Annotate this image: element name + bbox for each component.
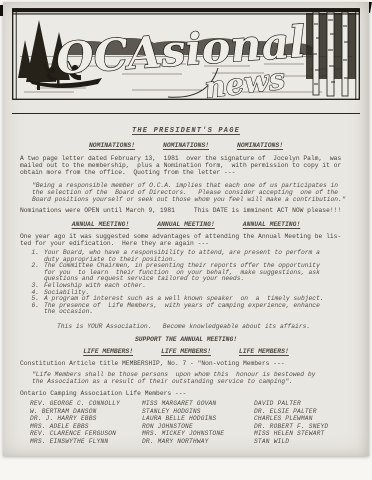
masthead-divider <box>12 113 360 114</box>
nominations-deadline-line: Nominations were OPEN until March 9, 198… <box>20 207 355 214</box>
life-members-name-table: REV. GEORGE C. CONNOLLY W. BERTRAM DANSO… <box>30 400 369 446</box>
list-item: 6. The presence of Life Members, with ye… <box>27 303 353 316</box>
list-item-text: The Committee Chairmen, in presenting th… <box>44 263 320 283</box>
banner-word: ANNUAL MEETING! <box>243 221 301 228</box>
life-member-name: STANLEY HODGINS <box>142 408 254 416</box>
banner-word: ANNUAL MEETING! <box>72 221 130 228</box>
life-member-name: DR. J. HARRY EBBS <box>30 415 142 423</box>
masthead: OCAsional news <box>12 8 360 100</box>
constitution-article-line: Constitution Article title MEMBERSHIP, N… <box>20 360 355 367</box>
life-members-column-3: DAVID PALTER DR. ELSIE PALTER CHARLES PL… <box>254 400 366 446</box>
life-member-name: DR. MARY NORTHWAY <box>142 438 254 446</box>
life-members-column-2: MISS MARGARET GOVAN STANLEY HODGINS LAUR… <box>142 400 254 446</box>
scanned-newsletter-page: { "masthead": { "title": "OCAsional", "s… <box>0 0 372 480</box>
list-item-number: 6. <box>27 303 44 316</box>
your-association-line: This is YOUR Association. Become knowled… <box>57 323 353 330</box>
section-heading-presidents-page: THE PRESIDENT'S PAGE <box>3 127 369 135</box>
life-member-name: DAVID PALTER <box>254 400 366 408</box>
list-item: 2. The Committee Chairmen, in presenting… <box>27 263 353 283</box>
banner-word: LIFE MEMBERS! <box>161 348 211 355</box>
annual-meeting-banner: ANNUAL MEETING! ANNUAL MEETING! ANNUAL M… <box>3 221 369 228</box>
life-member-name: MRS. ADELE EBBS <box>30 423 142 431</box>
banner-word: ANNUAL MEETING! <box>157 221 215 228</box>
life-member-name: MISS MARGARET GOVAN <box>142 400 254 408</box>
life-members-quote: "Life Members shall be those persons upo… <box>32 371 353 385</box>
nominations-intro-paragraph: A two page letter dated February 13, 198… <box>20 155 355 176</box>
list-item-text: The presence of Life Members, with years… <box>44 303 320 316</box>
banner-word: LIFE MEMBERS! <box>83 348 133 355</box>
masthead-lake-illustration: OCAsional news <box>12 8 360 100</box>
banner-word: NOMINATIONS! <box>163 142 209 149</box>
life-member-name: DR. ROBERT F. SNEYD <box>254 423 366 431</box>
life-member-name: REV. GEORGE C. CONNOLLY <box>30 400 142 408</box>
life-member-name: CHARLES PLEWMAN <box>254 415 366 423</box>
banner-word: LIFE MEMBERS! <box>239 348 289 355</box>
newsletter-page: OCAsional news THE PRESIDENT'S PAGE NOMI… <box>3 2 369 456</box>
nominations-banner: NOMINATIONS! NOMINATIONS! NOMINATIONS! <box>3 142 369 149</box>
support-annual-meeting-line: SUPPORT THE ANNUAL MEETING! <box>3 336 369 343</box>
banner-word: NOMINATIONS! <box>89 142 135 149</box>
annual-meeting-advantages-list: 1. Your Board, who have a responsibility… <box>27 250 353 316</box>
life-member-name: RON JOHNSTONE <box>142 423 254 431</box>
life-member-name: MRS. MICKEY JOHNSTONE <box>142 430 254 438</box>
life-member-name: STAN WILD <box>254 438 366 446</box>
life-member-name: LAURA BELLE HODGINS <box>142 415 254 423</box>
life-member-name: MRS. EINSWYTHE FLYNN <box>30 438 142 446</box>
life-member-name: DR. ELSIE PALTER <box>254 408 366 416</box>
list-item-number: 2. <box>27 263 44 283</box>
banner-word: NOMINATIONS! <box>237 142 283 149</box>
life-member-name: REV. CLARENCE FERGUSON <box>30 430 142 438</box>
president-letter-quote: "Being a responsible member of O.C.A. im… <box>32 182 353 203</box>
life-member-name: W. BERTRAM DANSON <box>30 408 142 416</box>
life-members-list-intro: Ontario Camping Association Life Members… <box>20 390 355 397</box>
life-member-name: MISS HELEN STEWART <box>254 430 366 438</box>
annual-meeting-intro: One year ago it was suggested some advan… <box>20 233 355 247</box>
life-members-column-1: REV. GEORGE C. CONNOLLY W. BERTRAM DANSO… <box>30 400 142 446</box>
life-members-banner: LIFE MEMBERS! LIFE MEMBERS! LIFE MEMBERS… <box>3 348 369 355</box>
